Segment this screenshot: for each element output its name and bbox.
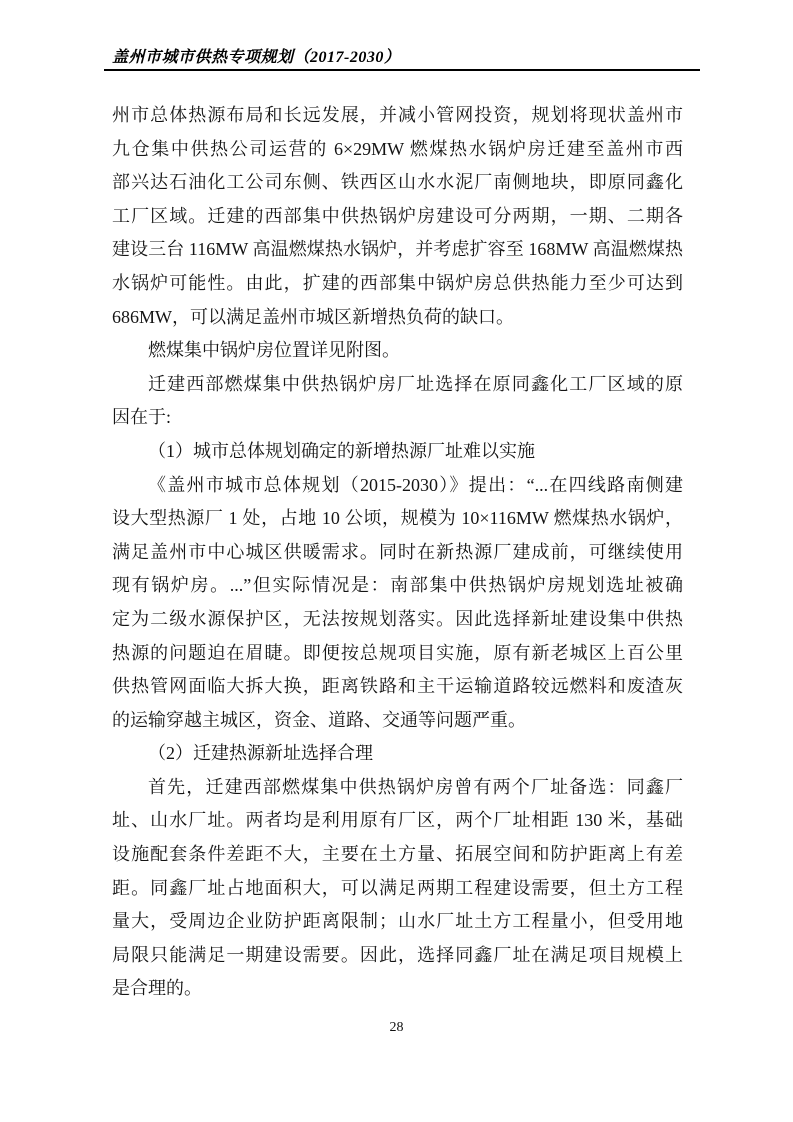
text-line: 距。同鑫厂址占地面积大，可以满足两期工程建设需要，但土方工程	[112, 872, 683, 906]
text-line: 是合理的。	[112, 972, 683, 1006]
text-line: 燃煤集中锅炉房位置详见附图。	[112, 334, 683, 368]
page-number: 28	[0, 1020, 793, 1036]
document-page: 盖州市城市供热专项规划（2017-2030） 州市总体热源布局和长远发展，并减小…	[0, 0, 793, 1122]
text-line: 址、山水厂址。两者均是利用原有厂区，两个厂址相距 130 米，基础	[112, 804, 683, 838]
paragraph: 燃煤集中锅炉房位置详见附图。	[112, 334, 683, 368]
text-line: 的运输穿越主城区，资金、道路、交通等问题严重。	[112, 704, 683, 738]
text-line: 设施配套条件差距不大，主要在土方量、拓展空间和防护距离上有差	[112, 838, 683, 872]
text-line: （1）城市总体规划确定的新增热源厂址难以实施	[112, 435, 683, 469]
paragraph: 迁建西部燃煤集中供热锅炉房厂址选择在原同鑫化工厂区域的原因在于:	[112, 368, 683, 435]
text-line: 首先，迁建西部燃煤集中供热锅炉房曾有两个厂址备选：同鑫厂	[112, 771, 683, 805]
text-line: 九仓集中供热公司运营的 6×29MW 燃煤热水锅炉房迁建至盖州市西	[112, 133, 683, 167]
text-line: 建设三台 116MW 高温燃煤热水锅炉，并考虑扩容至 168MW 高温燃煤热	[112, 233, 683, 267]
text-line: 局限只能满足一期建设需要。因此，选择同鑫厂址在满足项目规模上	[112, 939, 683, 973]
text-line: 供热管网面临大拆大换，距离铁路和主干运输道路较远燃料和废渣灰	[112, 670, 683, 704]
text-line: 州市总体热源布局和长远发展，并减小管网投资，规划将现状盖州市	[112, 99, 683, 133]
paragraph: 《盖州市城市总体规划（2015-2030）》提出：“...在四线路南侧建设大型热…	[112, 469, 683, 738]
paragraph: 首先，迁建西部燃煤集中供热锅炉房曾有两个厂址备选：同鑫厂址、山水厂址。两者均是利…	[112, 771, 683, 1006]
text-line: 定为二级水源保护区，无法按规划落实。因此选择新址建设集中供热	[112, 603, 683, 637]
text-line: 因在于:	[112, 401, 683, 435]
text-line: 水锅炉可能性。由此，扩建的西部集中锅炉房总供热能力至少可达到	[112, 267, 683, 301]
text-line: 满足盖州市中心城区供暖需求。同时在新热源厂建成前，可继续使用	[112, 536, 683, 570]
text-line: 《盖州市城市总体规划（2015-2030）》提出：“...在四线路南侧建	[112, 469, 683, 503]
text-line: 设大型热源厂 1 处，占地 10 公顷，规模为 10×116MW 燃煤热水锅炉，	[112, 502, 683, 536]
text-line: 量大，受周边企业防护距离限制；山水厂址土方工程量小，但受用地	[112, 905, 683, 939]
text-line: 现有锅炉房。...”但实际情况是：南部集中供热锅炉房规划选址被确	[112, 569, 683, 603]
paragraph: （1）城市总体规划确定的新增热源厂址难以实施	[112, 435, 683, 469]
paragraph: 州市总体热源布局和长远发展，并减小管网投资，规划将现状盖州市九仓集中供热公司运营…	[112, 99, 683, 334]
text-line: 热源的问题迫在眉睫。即便按总规项目实施，原有新老城区上百公里	[112, 637, 683, 671]
text-line: 部兴达石油化工公司东侧、铁西区山水水泥厂南侧地块，即原同鑫化	[112, 166, 683, 200]
running-header-title: 盖州市城市供热专项规划（2017-2030）	[112, 44, 400, 67]
text-line: 工厂区域。迁建的西部集中供热锅炉房建设可分两期，一期、二期各	[112, 200, 683, 234]
header-rule	[104, 69, 700, 71]
text-line: （2）迁建热源新址选择合理	[112, 737, 683, 771]
text-line: 迁建西部燃煤集中供热锅炉房厂址选择在原同鑫化工厂区域的原	[112, 368, 683, 402]
document-body: 州市总体热源布局和长远发展，并减小管网投资，规划将现状盖州市九仓集中供热公司运营…	[112, 99, 683, 1006]
text-line: 686MW，可以满足盖州市城区新增热负荷的缺口。	[112, 301, 683, 335]
paragraph: （2）迁建热源新址选择合理	[112, 737, 683, 771]
